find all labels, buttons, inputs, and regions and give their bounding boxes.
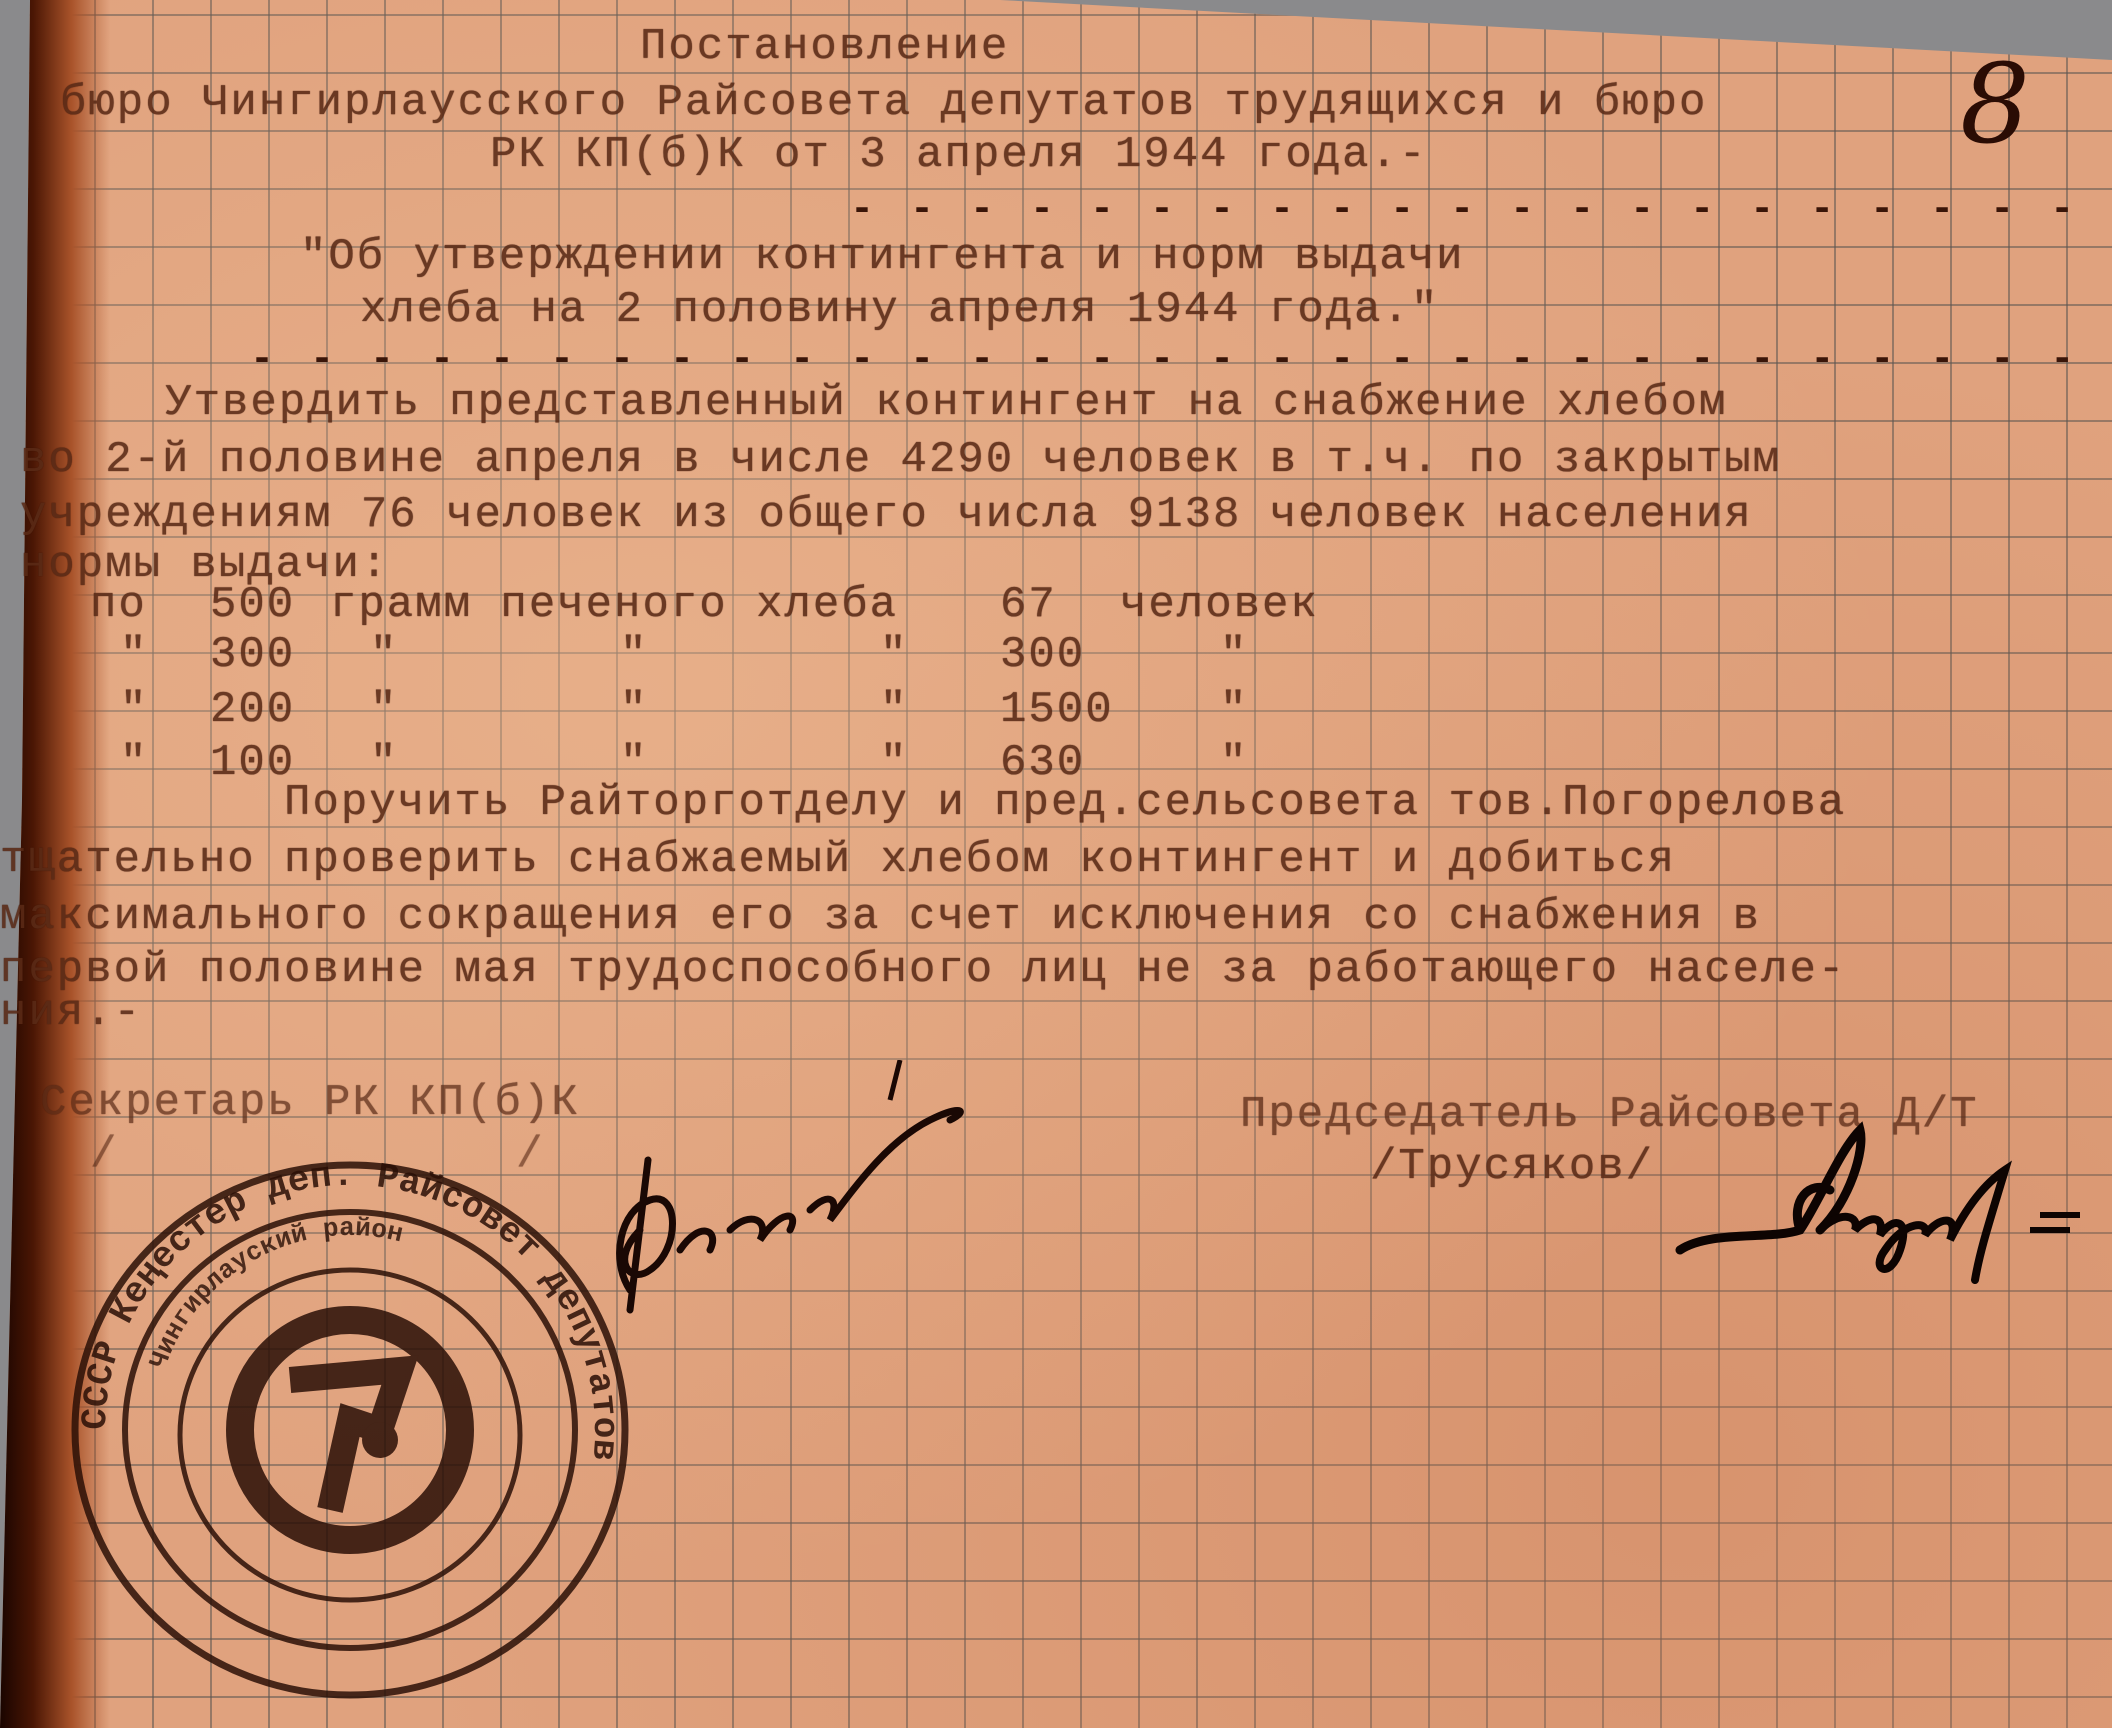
ditto-mark: " [1220, 630, 1248, 680]
stamp-emblem-icon [240, 1320, 460, 1540]
secretary-title: Секретарь РК КП(б)К [40, 1078, 580, 1128]
ditto-mark: " [620, 630, 648, 680]
ration-people: 300 [1000, 630, 1085, 680]
header-line-2: РК КП(б)К от 3 апреля 1944 года.- [490, 130, 1427, 180]
ration-grams: 300 [210, 630, 295, 680]
ration-unit-label: грамм печеного хлеба [330, 580, 898, 630]
handwritten-page-number: 8 [1960, 40, 2030, 168]
ditto-mark: " [120, 685, 148, 735]
separator-bottom: - - - - - - - - - - - - - - - - - - - - … [250, 338, 2112, 383]
header-line-1: бюро Чингирлаусского Райсовета депутатов… [60, 78, 1707, 128]
ditto-mark: " [370, 685, 398, 735]
chairman-name: /Трусяков/ [1370, 1142, 1654, 1192]
ditto-mark: " [880, 630, 908, 680]
subject-line-1: "Об утверждении контингента и норм выдач… [300, 232, 1465, 282]
ration-people: 1500 [1000, 685, 1114, 735]
ration-people-label: человек [1120, 580, 1319, 630]
ration-prefix: по [90, 580, 147, 630]
official-round-stamp: СССР Кеңестер деп. Райсовет депутатов Чи… [50, 1130, 650, 1710]
ration-people: 67 [1000, 580, 1057, 630]
document-title: Постановление [640, 22, 1009, 72]
ditto-mark: " [370, 630, 398, 680]
subject-line-2: хлеба на 2 половину апреля 1944 года." [360, 285, 1439, 335]
ditto-mark: " [620, 685, 648, 735]
chairman-signature [1670, 1120, 2110, 1290]
ration-grams: 500 [210, 580, 295, 630]
ditto-mark: " [880, 685, 908, 735]
ditto-mark: " [1220, 685, 1248, 735]
ration-grams: 200 [210, 685, 295, 735]
secretary-signature [590, 1060, 1110, 1320]
separator-top: - - - - - - - - - - - - - - - - - - - - … [850, 188, 2112, 233]
ditto-mark: " [120, 630, 148, 680]
